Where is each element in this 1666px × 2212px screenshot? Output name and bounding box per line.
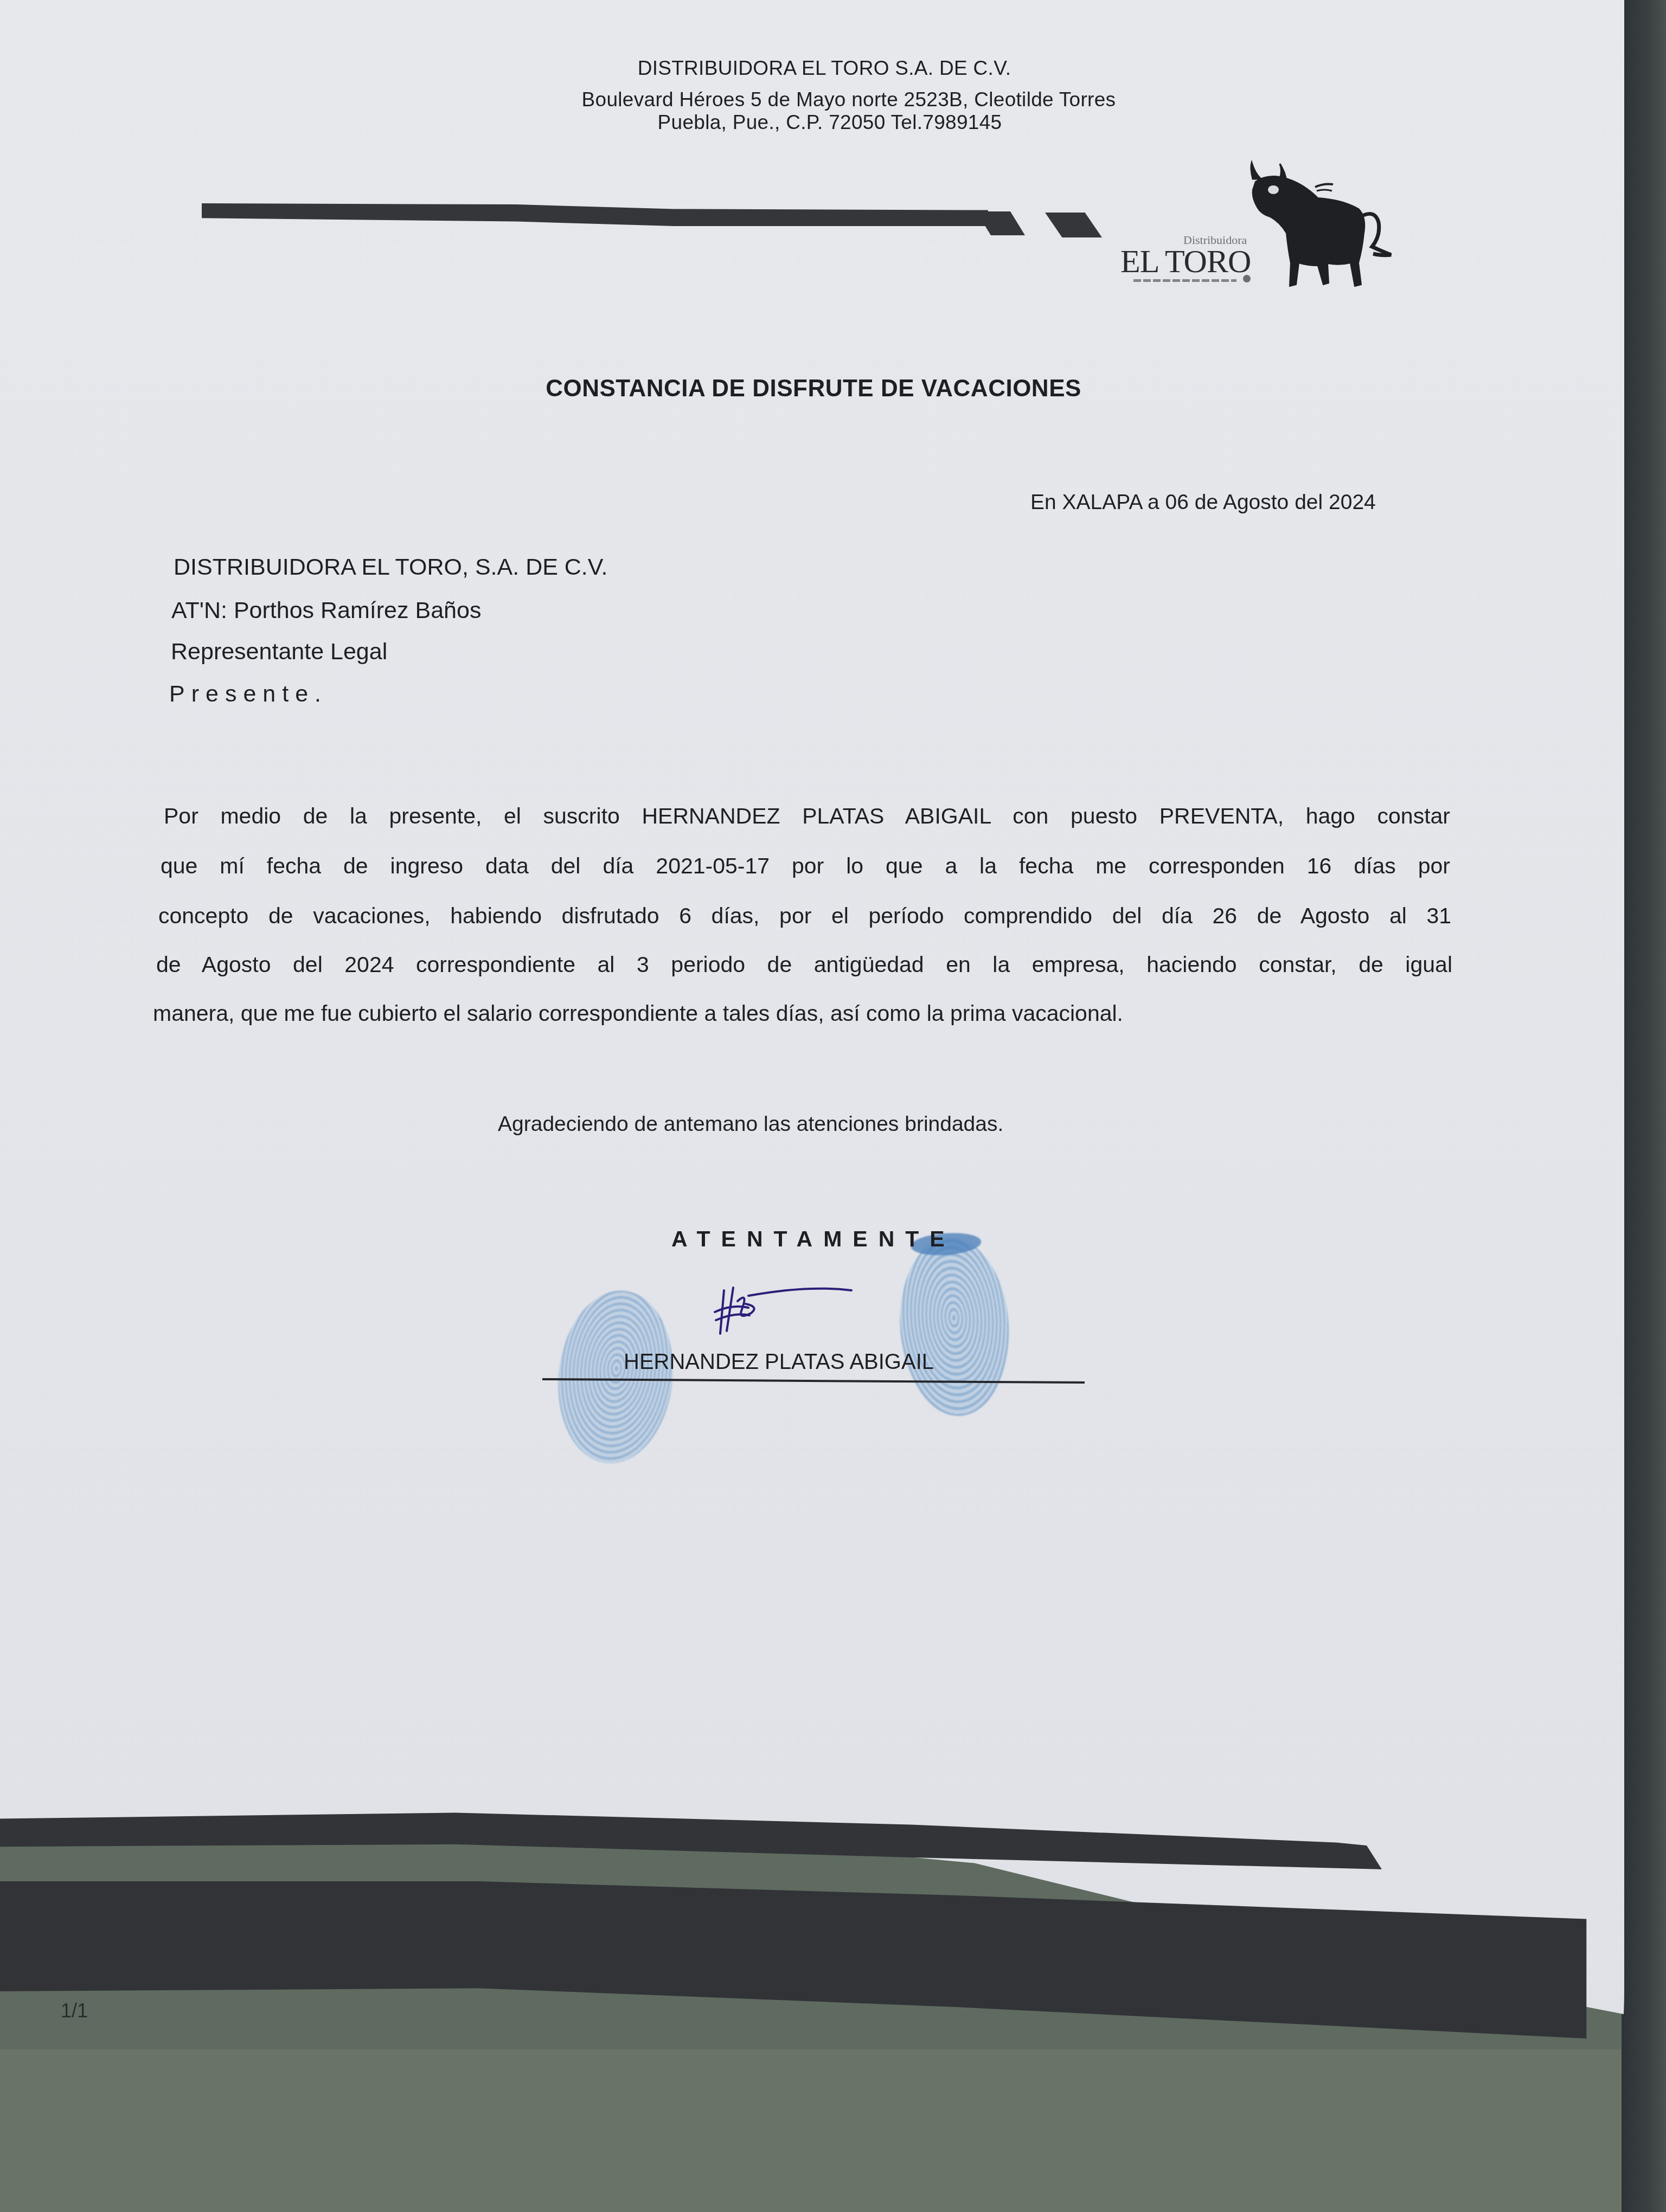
- letterhead-address-line2: Puebla, Pue., C.P. 72050 Tel.7989145: [16, 111, 1643, 134]
- recipient-company: DISTRIBUIDORA EL TORO, S.A. DE C.V.: [174, 554, 608, 581]
- company-logo: Distribuidora EL TORO: [1117, 157, 1410, 298]
- place-date: En XALAPA a 06 de Agosto del 2024: [1030, 491, 1376, 515]
- document-title: CONSTANCIA DE DISFRUTE DE VACACIONES: [0, 375, 1627, 402]
- background-surface: [0, 2049, 1666, 2212]
- body-line: Por medio de la presente, el suscrito HE…: [164, 803, 1450, 829]
- body-line: de Agosto del 2024 correspondiente al 3 …: [156, 952, 1452, 978]
- body-line: que mí fecha de ingreso data del día 202…: [161, 853, 1450, 879]
- letterhead-address-line1: Boulevard Héroes 5 de Mayo norte 2523B, …: [35, 88, 1662, 111]
- signer-name: HERNANDEZ PLATAS ABIGAIL: [624, 1350, 934, 1374]
- background-shadow: [1622, 0, 1666, 2212]
- body-line: manera, que me fue cubierto el salario c…: [153, 1001, 1123, 1026]
- document-page: [0, 0, 1624, 2098]
- logo-name: EL TORO: [1120, 243, 1251, 280]
- sign-off: ATENTAMENTE: [671, 1226, 956, 1252]
- letterhead-company: DISTRIBUIDORA EL TORO S.A. DE C.V.: [11, 57, 1638, 80]
- recipient-role: Representante Legal: [171, 639, 387, 665]
- thanks-note: Agradeciendo de antemano las atenciones …: [498, 1113, 1003, 1136]
- recipient-closing: Presente.: [169, 681, 328, 708]
- page-number: 1/1: [61, 1999, 88, 2022]
- body-line: concepto de vacaciones, habiendo disfrut…: [158, 903, 1451, 929]
- bull-icon: [1236, 157, 1410, 298]
- recipient-attention: AT'N: Porthos Ramírez Baños: [171, 597, 481, 624]
- handwritten-signature: [710, 1279, 884, 1339]
- logo-tagline: [1133, 279, 1236, 282]
